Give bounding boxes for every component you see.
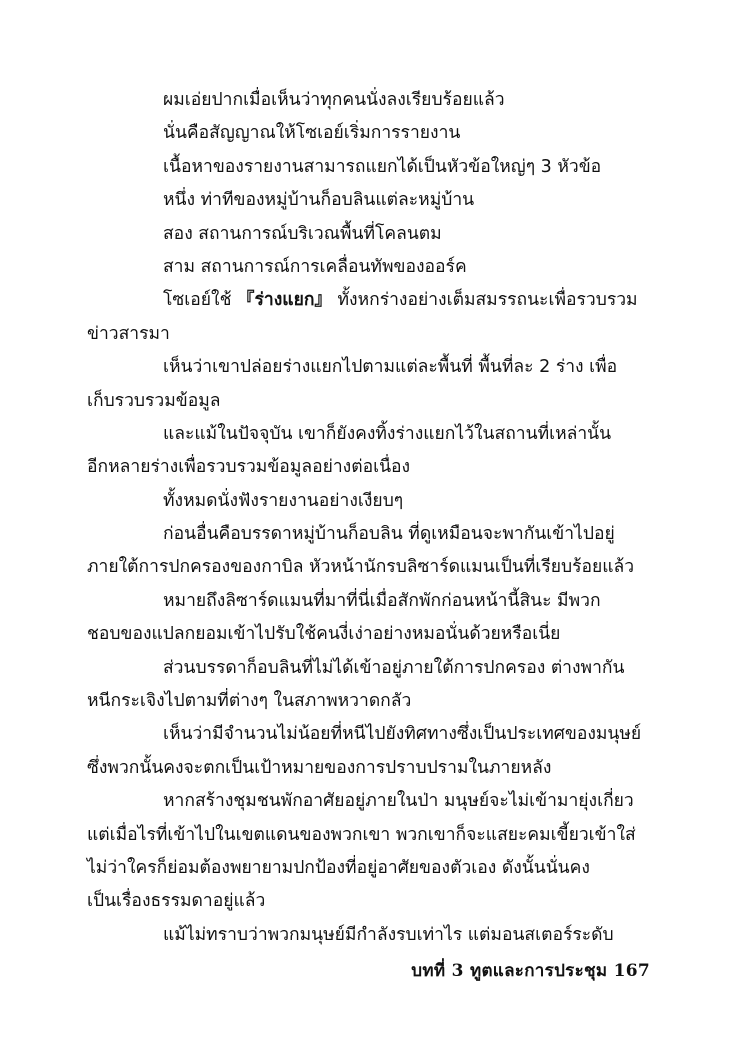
text-line: เห็นว่าเขาปล่อยร่างแยกไปตามแต่ละพื้นที่ …: [87, 351, 650, 384]
text-line: ซึ่งพวกนั้นคงจะตกเป็นเป้าหมายของการปราบป…: [87, 752, 650, 785]
text-line: หนีกระเจิงไปตามที่ต่างๆ ในสภาพหวาดกลัว: [87, 685, 650, 718]
text-line: ข่าวสารมา: [87, 318, 650, 351]
text-line: ชอบของแปลกยอมเข้าไปรับใช้คนงี่เง่าอย่างห…: [87, 618, 650, 651]
text-fragment: ทั้งหกร่างอย่างเต็มสมรรถนะเพื่อรวบรวม: [332, 290, 638, 310]
text-line: หนึ่ง ท่าทีของหมู่บ้านก็อบลินแต่ละหมู่บ้…: [87, 184, 650, 217]
text-line: ผมเอ่ยปากเมื่อเห็นว่าทุกคนนั่งลงเรียบร้อ…: [87, 84, 650, 117]
chapter-label: บทที่ 3 ทูตและการประชุม: [411, 961, 607, 981]
text-fragment: โซเอย์ใช้: [163, 290, 237, 310]
text-line: ภายใต้การปกครองของกาบิล หัวหน้านักรบลิซา…: [87, 551, 650, 584]
page-footer: บทที่ 3 ทูตและการประชุม 167: [394, 957, 650, 984]
text-line: ส่วนบรรดาก็อบลินที่ไม่ได้เข้าอยู่ภายใต้ก…: [87, 652, 650, 685]
text-line: แต่เมื่อไรที่เข้าไปในเขตแดนของพวกเขา พวก…: [87, 819, 650, 852]
book-page: ผมเอ่ยปากเมื่อเห็นว่าทุกคนนั่งลงเรียบร้อ…: [0, 0, 738, 1051]
text-line: ไม่ว่าใครก็ย่อมต้องพยายามปกป้องที่อยู่อา…: [87, 852, 650, 885]
text-line: ก่อนอื่นคือบรรดาหมู่บ้านก็อบลิน ที่ดูเหม…: [87, 518, 650, 551]
text-line: เก็บรวบรวมข้อมูล: [87, 385, 650, 418]
text-line: แม้ไม่ทราบว่าพวกมนุษย์มีกำลังรบเท่าไร แต…: [87, 919, 650, 952]
text-line: และแม้ในปัจจุบัน เขาก็ยังคงทิ้งร่างแยกไว…: [87, 418, 650, 451]
text-line: นั่นคือสัญญาณให้โซเอย์เริ่มการรายงาน: [87, 117, 650, 150]
body-text: ผมเอ่ยปากเมื่อเห็นว่าทุกคนนั่งลงเรียบร้อ…: [87, 84, 650, 952]
text-line: สอง สถานการณ์บริเวณพื้นที่โคลนตม: [87, 218, 650, 251]
text-line: อีกหลายร่างเพื่อรวบรวมข้อมูลอย่างต่อเนื่…: [87, 451, 650, 484]
skill-term: 『ร่างแยก』: [237, 290, 332, 310]
text-line: หากสร้างชุมชนพักอาศัยอยู่ภายในป่า มนุษย์…: [87, 785, 650, 818]
text-line: สาม สถานการณ์การเคลื่อนทัพของออร์ค: [87, 251, 650, 284]
text-line: เห็นว่ามีจำนวนไม่น้อยที่หนีไปยังทิศทางซึ…: [87, 718, 650, 751]
text-line: เป็นเรื่องธรรมดาอยู่แล้ว: [87, 885, 650, 918]
text-line: โซเอย์ใช้ 『ร่างแยก』 ทั้งหกร่างอย่างเต็มส…: [87, 284, 650, 317]
text-line: เนื้อหาของรายงานสามารถแยกได้เป็นหัวข้อให…: [87, 151, 650, 184]
page-number: 167: [614, 961, 650, 981]
text-line: หมายถึงลิซาร์ดแมนที่มาที่นี่เมื่อสักพักก…: [87, 585, 650, 618]
text-line: ทั้งหมดนั่งฟังรายงานอย่างเงียบๆ: [87, 485, 650, 518]
